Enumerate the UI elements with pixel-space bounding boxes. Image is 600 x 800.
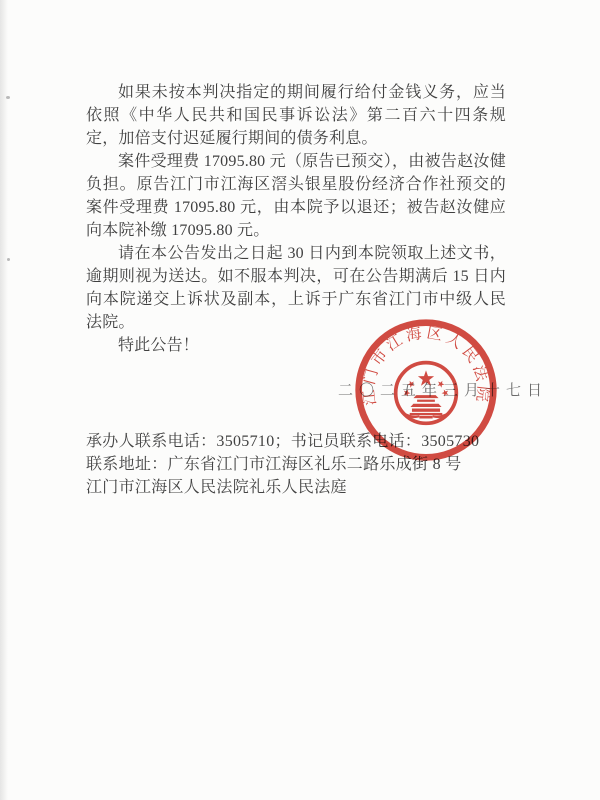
- scan-speck: [7, 258, 10, 261]
- judgment-interest-paragraph: 如果未按本判决指定的期间履行给付金钱义务，应当依照《中华人民共和国民事诉讼法》第…: [86, 81, 506, 150]
- closing-announcement: 特此公告！: [86, 334, 506, 357]
- contact-court-line: 江门市江海区人民法院礼乐人民法庭: [86, 476, 506, 499]
- scan-edge-shadow: [0, 0, 8, 800]
- announcement-date: 二〇二五年三月十七日: [338, 380, 506, 403]
- contact-phones-line: 承办人联系电话：3505710；书记员联系电话：3505730: [86, 430, 506, 453]
- court-fee-paragraph: 案件受理费 17095.80 元（原告已预交），由被告赵汝健负担。原告江门市江海…: [86, 150, 506, 242]
- contact-address-line: 联系地址：广东省江门市江海区礼乐二路乐成街 8 号: [86, 453, 506, 476]
- scan-speck: [6, 96, 10, 99]
- scanned-court-announcement-page: 如果未按本判决指定的期间履行给付金钱义务，应当依照《中华人民共和国民事诉讼法》第…: [0, 0, 600, 800]
- appeal-notice-paragraph: 请在本公告发出之日起 30 日内到本院领取上述文书，逾期则视为送达。如不服本判决…: [86, 242, 506, 334]
- contact-block: 承办人联系电话：3505710；书记员联系电话：3505730 联系地址：广东省…: [86, 430, 506, 499]
- document-body: 如果未按本判决指定的期间履行给付金钱义务，应当依照《中华人民共和国民事诉讼法》第…: [86, 81, 506, 499]
